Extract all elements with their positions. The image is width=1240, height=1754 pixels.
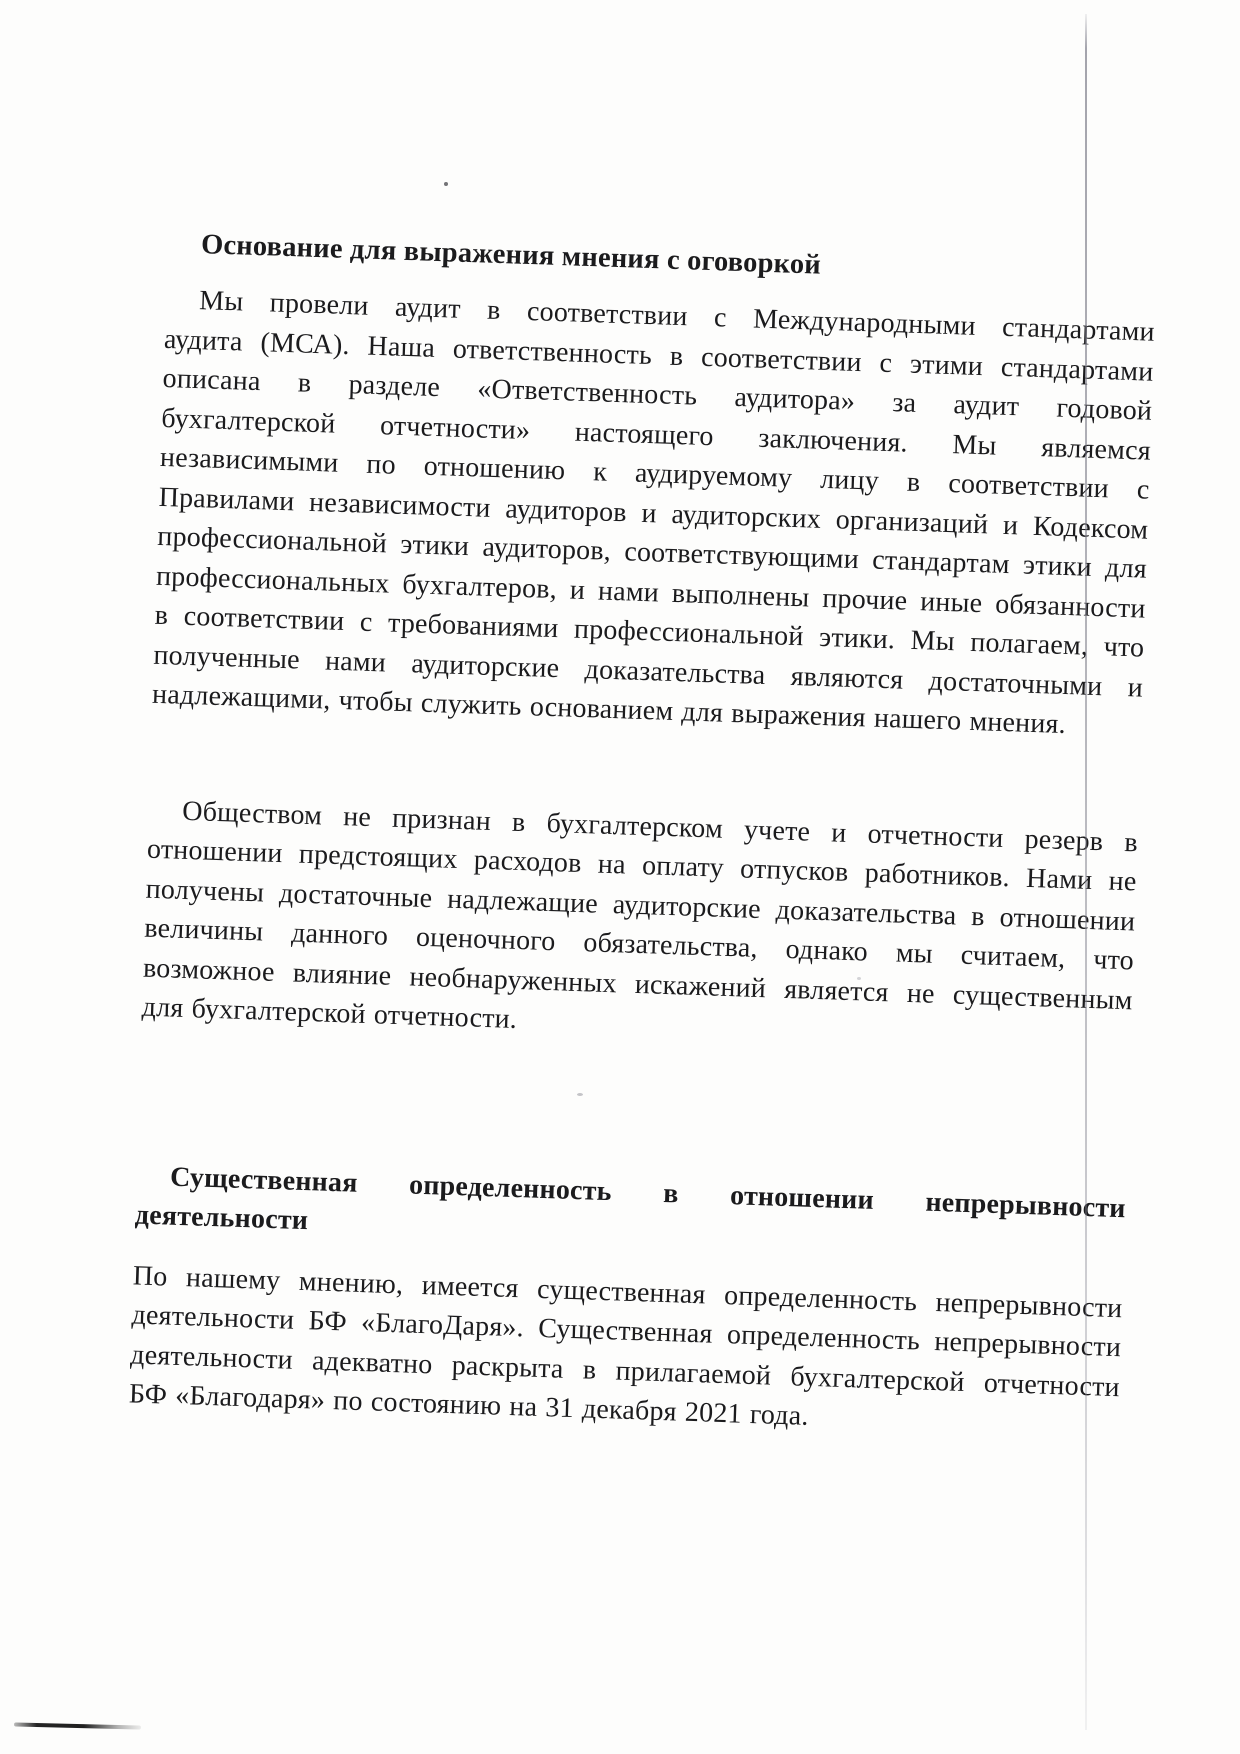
scanned-page: Основание для выражения мнения с оговорк…: [0, 0, 1240, 1754]
scan-speck: [857, 977, 861, 980]
scan-speck: [380, 1359, 384, 1363]
scan-artifact-vertical-line: [1085, 14, 1087, 1730]
paragraph-going-concern-opinion: По нашему мнению, имеется существенная о…: [128, 1256, 1123, 1447]
scan-speck: [577, 1093, 583, 1096]
scan-artifact-bottom-streak: [14, 1722, 141, 1729]
paragraph-audit-conduct: Мы провели аудит в соответствии с Междун…: [152, 280, 1156, 747]
heading-going-concern: Существенная определенность в отношении …: [134, 1156, 1126, 1268]
paragraph-vacation-reserve-qualification: Обществом не признан в бухгалтерском уче…: [141, 790, 1138, 1060]
document-content: Основание для выражения мнения с оговорк…: [128, 218, 1157, 1447]
scan-speck: [444, 182, 448, 186]
